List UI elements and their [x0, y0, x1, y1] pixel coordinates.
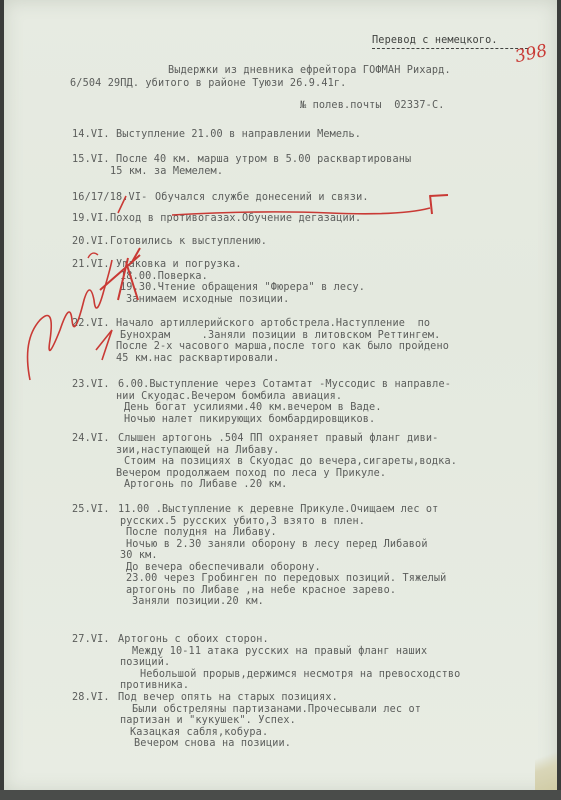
entry-date: 15.VI.: [72, 153, 110, 166]
entry-text-line: Готовились к выступлению.: [110, 235, 267, 248]
entry-date: 24.VI.: [72, 432, 110, 445]
entry-text-line: Между 10-11 атака русских на правый флан…: [132, 645, 427, 658]
document-title-line1: Выдержки из дневника ефрейтора ГОФМАН Ри…: [168, 64, 451, 77]
entry-text-line: Заняли позиции.20 км.: [132, 595, 264, 608]
field-post-number: № полев.почты 02337-С.: [300, 99, 445, 112]
entry-text-line: 45 км.нас расквартировали.: [116, 352, 279, 365]
entry-date: 20.VI.: [72, 235, 110, 248]
entry-date: 27.VI.: [72, 633, 110, 646]
entry-date: 19.VI.: [72, 212, 110, 225]
entry-date: 14.VI.: [72, 128, 110, 141]
entry-text-line: Занимаем исходные позиции.: [126, 293, 289, 306]
entry-text-line: Поход в противогазах.Обучение дегазации.: [110, 212, 361, 225]
entry-date: 28.VI.: [72, 691, 110, 704]
entry-text-line: Выступление 21.00 в направлении Мемель.: [116, 128, 361, 141]
entry-date: 25.VI.: [72, 503, 110, 516]
entry-date: 21.VI.: [72, 258, 110, 271]
entry-text-line: Ночью налет пикирующих бомбардировщиков.: [124, 413, 375, 426]
entry-date: 16/17/18.VI-: [72, 191, 147, 204]
entry-date: 23.VI.: [72, 378, 110, 391]
entry-text-line: Обучался службе донесений и связи.: [155, 191, 369, 204]
entry-text-line: Вечером снова на позиции.: [134, 737, 291, 750]
translation-heading: Перевод с немецкого.: [372, 34, 498, 47]
document-title-line2: 6/504 29ПД. убитого в районе Туюзи 26.9.…: [70, 77, 346, 90]
entry-date: 22.VI.: [72, 317, 110, 330]
entry-text-line: Артогонь по Либаве .20 км.: [124, 478, 287, 491]
scan-border: [0, 790, 561, 800]
entry-text-line: 15 км. за Мемелем.: [110, 165, 223, 178]
heading-underline: [372, 48, 528, 49]
entry-text-line: Ночью в 2.30 заняли оборону в лесу перед…: [126, 538, 428, 551]
